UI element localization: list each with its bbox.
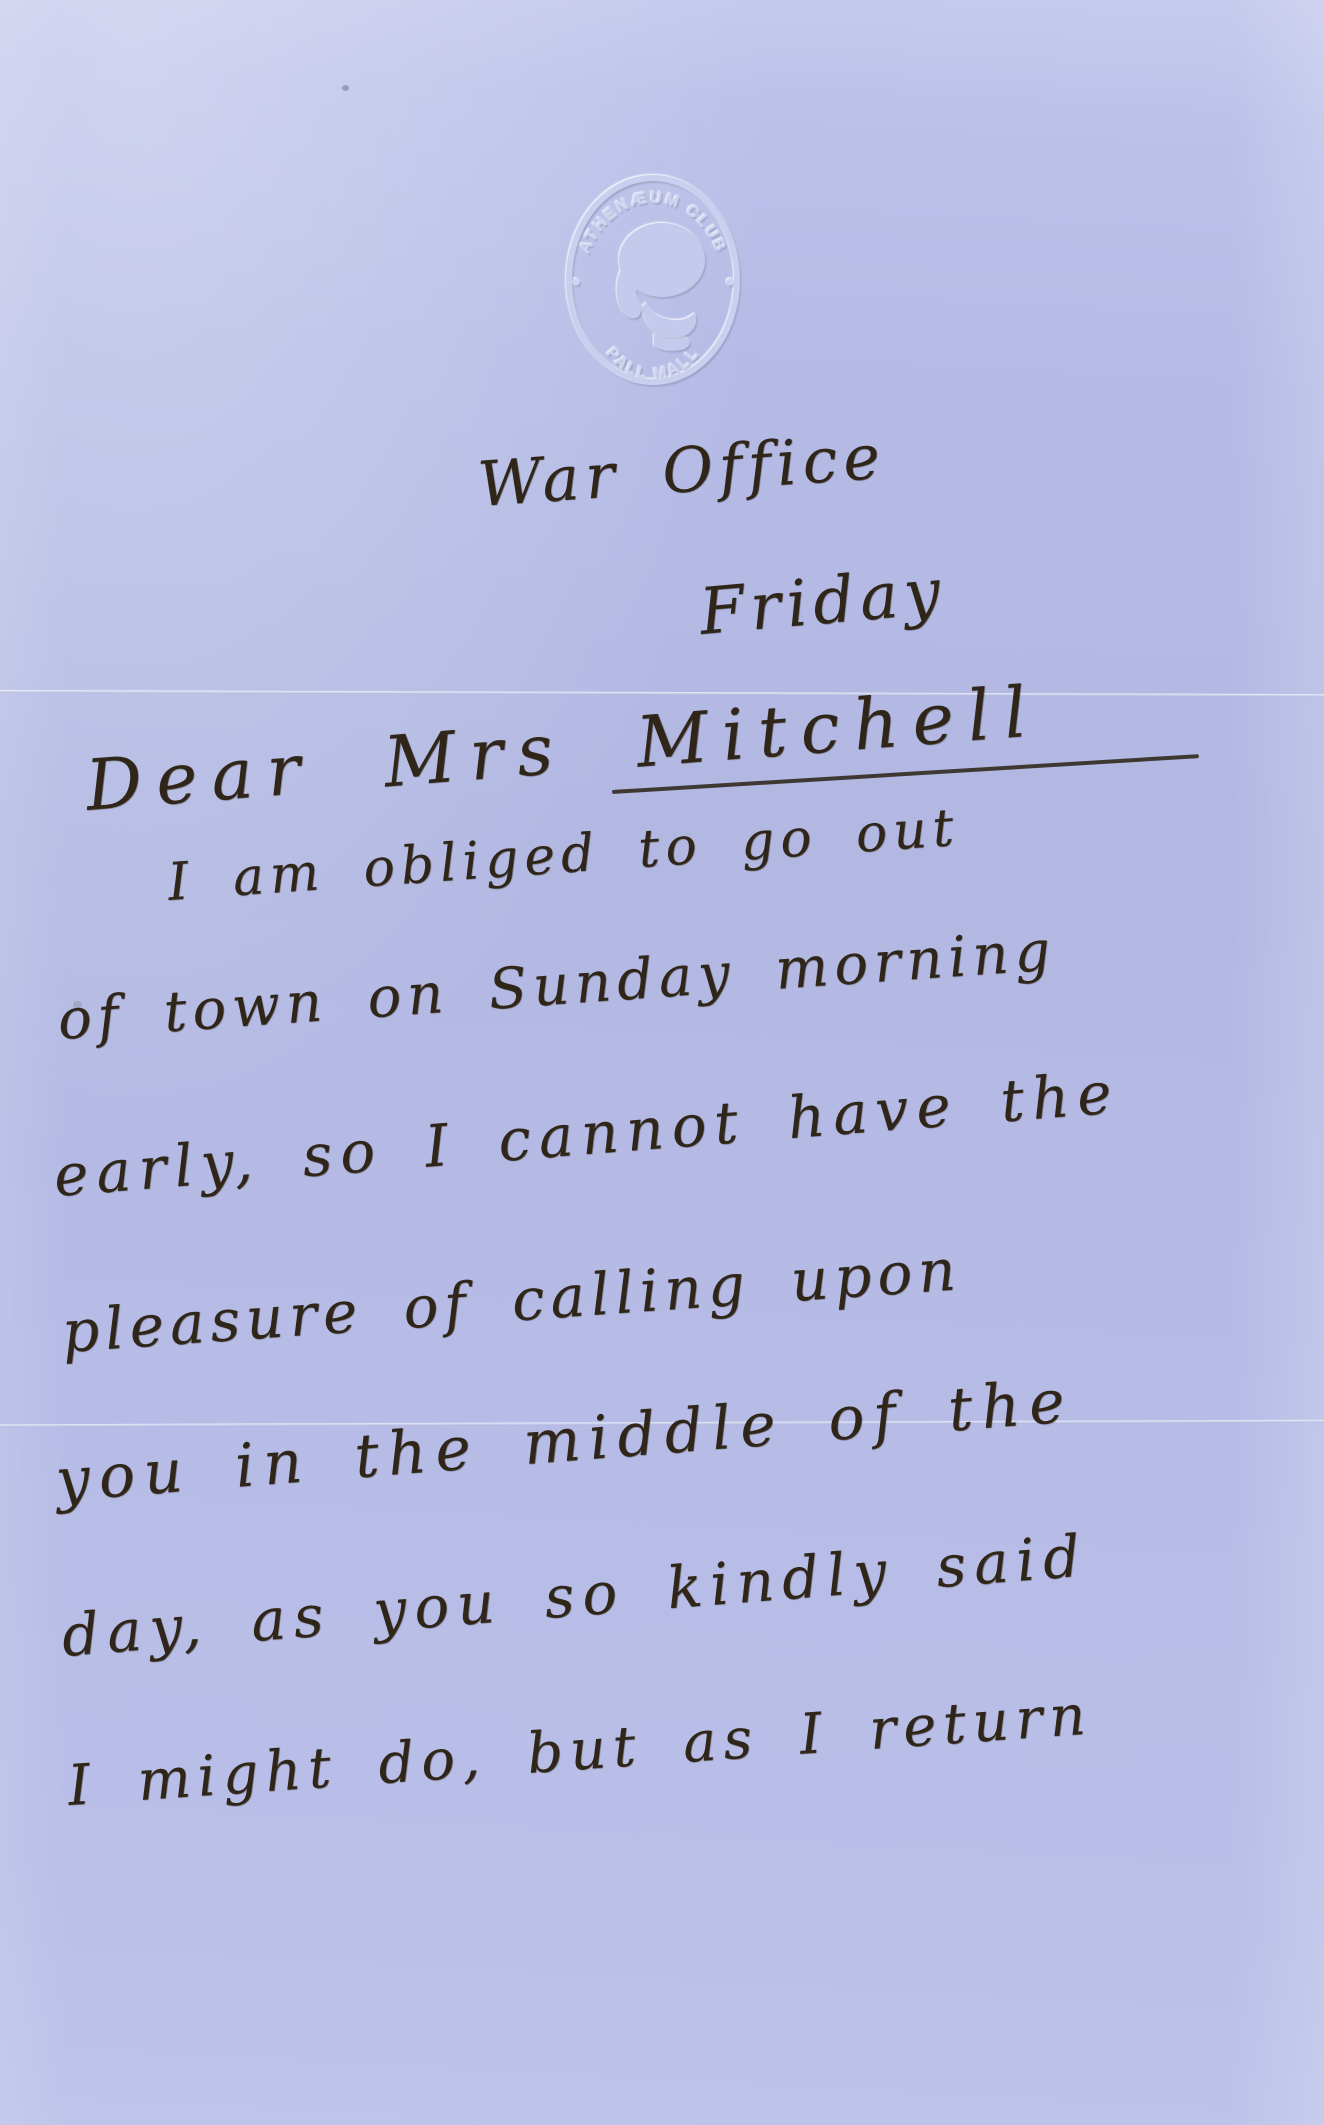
letter-body-line: I am obliged to go out: [166, 801, 961, 911]
letter-body-line: you in the middle of the: [54, 1370, 1076, 1513]
letter-page: ATHENÆUM CLUB PALL MALL War Office Frida…: [0, 0, 1324, 2125]
athenaeum-club-embossed-seal: ATHENÆUM CLUB PALL MALL: [558, 162, 748, 398]
letter-heading-day: Friday: [697, 559, 949, 647]
seal-bottom-text: PALL MALL: [603, 345, 703, 384]
fold-crease-upper: [0, 690, 1324, 697]
letter-body-line: I might do, but as I return: [66, 1686, 1094, 1816]
seal-side-dot-right: [726, 278, 733, 285]
letter-heading-place: War Office: [476, 424, 888, 517]
letter-body-line: of town on Sunday morning: [56, 922, 1058, 1050]
athena-profile-emblem: [617, 223, 705, 351]
paper-speck: [342, 85, 349, 91]
letter-body-line: early, so I cannot have the: [52, 1062, 1122, 1207]
seal-side-dot-left: [572, 278, 579, 285]
letter-body-line: day, as you so kindly said: [60, 1525, 1091, 1666]
letter-body-line: pleasure of calling upon: [60, 1239, 963, 1363]
